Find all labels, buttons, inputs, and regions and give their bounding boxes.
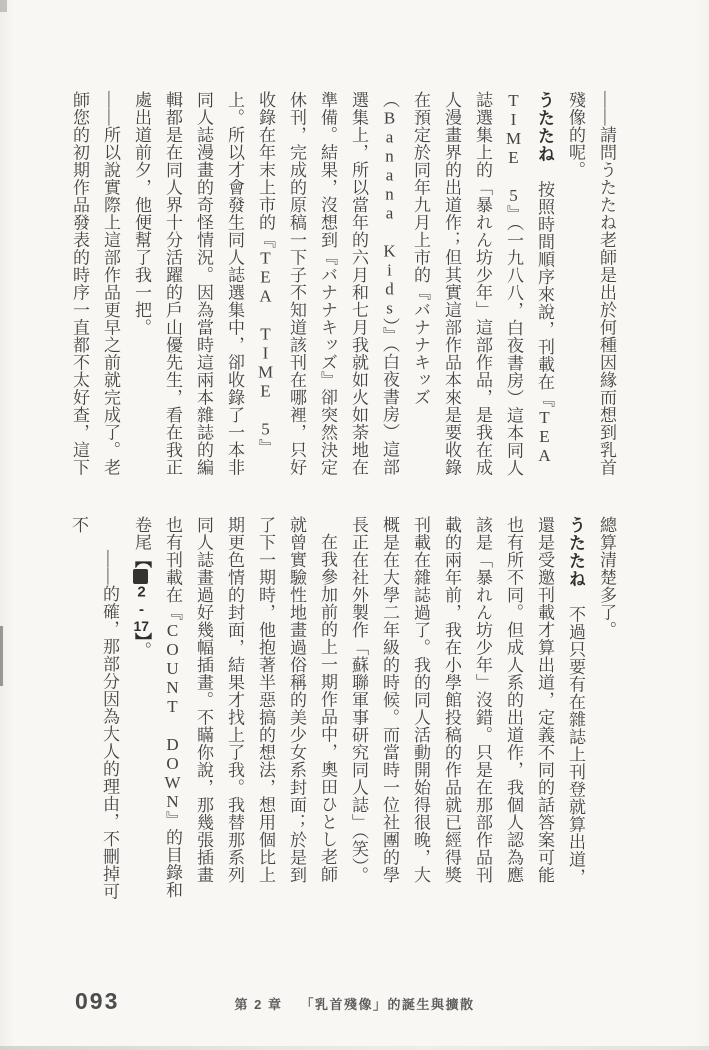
book-page: { "page": { "paper_color": "#f8f7f4", "i… xyxy=(0,0,709,1050)
author-paragraph: うたたね 按照時間順序來說，刊載在『TEA TIME 5』（一九八八，白夜書房）… xyxy=(126,91,560,483)
text-segment: 』上。所以才會發生同人誌選集中，卻收錄了一本非同人誌漫畫的奇怪情況。因為當時這兩… xyxy=(132,91,275,476)
text-segment: ——的確，那部分因為大人的理由，不刪掉可不 xyxy=(69,516,119,900)
speaker-name: うたたね xyxy=(535,91,554,163)
scan-artifact-corner xyxy=(0,0,7,12)
text-segment: 。 xyxy=(132,642,151,660)
interviewer-paragraph: ——的確，那部分因為大人的理由，不刪掉可不 xyxy=(63,516,125,900)
text-segment: ——所以說實際上這部作品更早之前就完成了。老師您的初期作品發表的時序一直都不太好… xyxy=(70,91,120,476)
text-segment: 在我參加前的上一期作品中，奧田ひとし老師就曾實驗性地畫過俗稱的美少女系封面；於是… xyxy=(163,516,337,884)
text-segment: 』（一九八八，白夜書房）這本同人誌選集上的「暴れん坊少年」這部作品，是我在成人漫… xyxy=(380,91,523,477)
speaker-name: うたたね xyxy=(566,516,585,588)
text-segment-latin: TEA TIME 5 xyxy=(256,249,275,439)
text-segment-tcy: 17 xyxy=(133,619,149,633)
chapter-footer-title: 「乳首殘像」的誕生與擴散 xyxy=(300,994,474,1013)
chapter-footer: 第 2 章 「乳首殘像」的誕生與擴散 xyxy=(0,994,709,1013)
author-paragraph: うたたね 不過只要有在雜誌上刊登就算出道，還是受邀刊載才算出道，定義不同的話答案… xyxy=(343,516,591,900)
author-paragraph: 在我參加前的上一期作品中，奧田ひとし老師就曾實驗性地畫過俗稱的美少女系封面；於是… xyxy=(125,516,343,900)
text-segment-fignum: - xyxy=(133,601,150,619)
interview-band-top: ——請問うたたね老師是出於何種因緣而想到乳首殘像的呢。うたたね 按照時間順序來說… xyxy=(64,91,622,483)
text-segment-figref: 】 xyxy=(132,633,151,642)
text-segment-figref: 【 xyxy=(132,551,151,569)
text-segment: 總算清楚多了。 xyxy=(597,516,616,639)
page-footer: 093 第 2 章 「乳首殘像」的誕生與擴散 xyxy=(0,988,709,1018)
interviewer-paragraph: ——請問うたたね老師是出於何種因緣而想到乳首殘像的呢。 xyxy=(560,91,622,483)
text-segment: 不過只要有在雜誌上刊登就算出道，還是受邀刊載才算出道，定義不同的話答案可能也有所… xyxy=(349,516,585,886)
figure-badge-icon: 圖 xyxy=(133,569,148,584)
scan-artifact-bottom-edge xyxy=(0,1046,709,1050)
text-segment: ——請問うたたね老師是出於何種因緣而想到乳首殘像的呢。 xyxy=(566,91,616,476)
text-segment-fignum: 2 xyxy=(133,584,150,602)
chapter-footer-label: 第 2 章 xyxy=(235,994,283,1013)
text-segment: ）』（白夜書房）這部選集上，所以當年的六月和七月我就如火如荼地在準備。結果，沒想… xyxy=(256,91,399,476)
interviewer-paragraph: 總算清楚多了。 xyxy=(591,516,622,900)
text-segment: 按照時間順序來說，刊載在『 xyxy=(535,181,554,409)
interviewer-paragraph: ——所以說實際上這部作品更早之前就完成了。老師您的初期作品發表的時序一直都不太好… xyxy=(64,91,126,483)
interview-band-bottom: 總算清楚多了。うたたね 不過只要有在雜誌上刊登就算出道，還是受邀刊載才算出道，定… xyxy=(63,516,622,900)
text-segment-latin: COUNT DOWN xyxy=(163,621,182,811)
scan-artifact-left-edge xyxy=(0,626,3,686)
text-segment-latin: Banana Kids xyxy=(380,109,399,318)
